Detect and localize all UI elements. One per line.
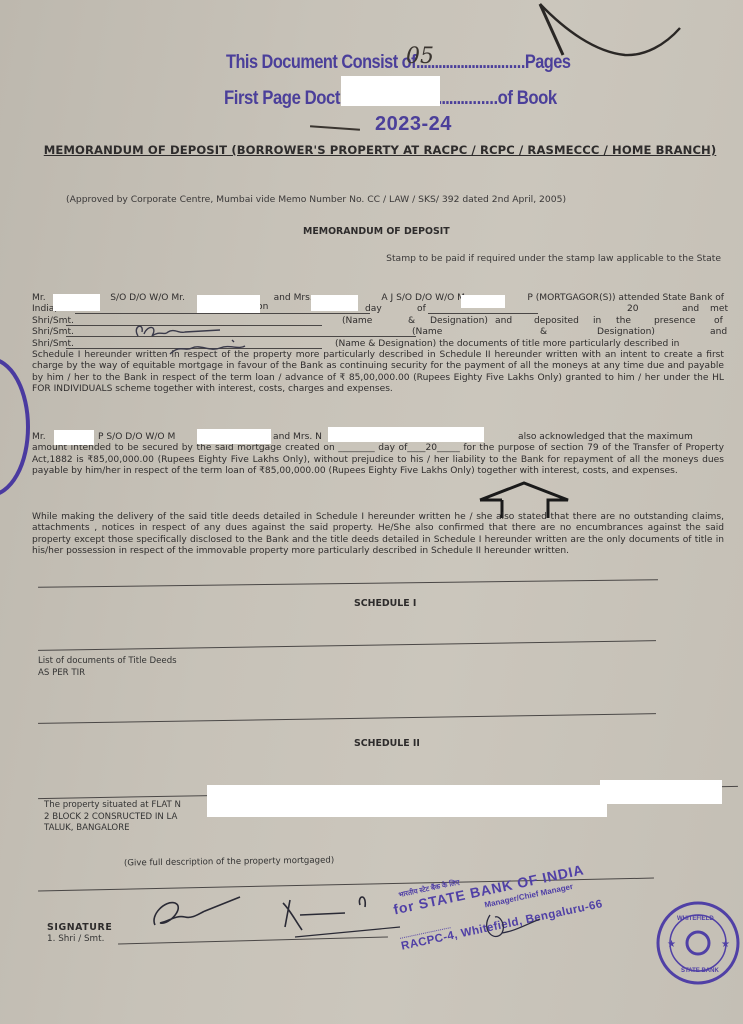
redaction-name: [311, 295, 358, 311]
p2-text: and Mrs. N: [273, 432, 322, 443]
p1-text: and: [682, 304, 699, 315]
divider: [38, 713, 656, 724]
p1-line1: Mr. S/O D/O W/O Mr. and Mrs. A J S/O D/O…: [32, 293, 724, 304]
stamp-pages-suffix: ......Pages: [501, 52, 571, 73]
p1-text: Mr.: [32, 293, 46, 304]
p1-text: 20: [627, 304, 639, 315]
p2-text: P S/O D/O W/O M: [98, 432, 175, 443]
p1-text: S/O D/O W/O Mr.: [110, 293, 185, 304]
p1-text: day: [365, 304, 382, 315]
memorandum-subheading: MEMORANDUM OF DEPOSIT: [303, 226, 450, 237]
redaction-name: [197, 429, 271, 444]
p1-text: and: [710, 327, 727, 338]
redaction-address: [600, 780, 722, 804]
signature-line-1: 1. Shri / Smt.: [47, 934, 104, 945]
p1-text: Designation): [597, 327, 655, 338]
schedule-1-heading: SCHEDULE I: [354, 598, 416, 609]
p1-text: (Name & Designation) the documents of ti…: [335, 339, 679, 350]
blank-line: [428, 313, 538, 314]
redaction-address: [207, 785, 607, 817]
stamp-pages-prefix: This Document Consist of: [226, 52, 416, 73]
p2-body: amount intended to be secured by the sai…: [32, 443, 724, 477]
p1-text: and: [495, 316, 512, 327]
stamp-year: 2023-24: [375, 113, 452, 136]
redaction-name: [53, 294, 100, 311]
schedule-2-description: The property situated at FLAT N 2 BLOCK …: [44, 800, 181, 835]
witness-handwriting: [130, 318, 270, 358]
p1-text: deposited: [534, 316, 579, 327]
blank-line: [75, 313, 305, 314]
p1-text: and Mrs.: [274, 293, 313, 304]
p1-text: P (MORTGAGOR(S)) attended State Bank of: [527, 293, 724, 304]
property-line-2: 2 BLOCK 2 CONSRUCTED IN LA: [44, 812, 181, 824]
svg-text:★: ★: [721, 939, 730, 950]
document-title: MEMORANDUM OF DEPOSIT (BORROWER'S PROPER…: [40, 142, 720, 158]
property-line-1: The property situated at FLAT N: [44, 800, 181, 812]
handwritten-dash: [310, 125, 360, 130]
p1-text: (Name: [412, 327, 442, 338]
divider: [38, 640, 656, 651]
p1-text: A J S/O D/O W/O Mr: [381, 293, 468, 304]
stamp-duty-note: Stamp to be paid if required under the s…: [386, 253, 721, 264]
stamp-doc-suffix: ........of Book: [464, 88, 557, 109]
p1-text: of: [714, 316, 723, 327]
p1-text: Designation): [430, 316, 488, 327]
p1-text: of: [417, 304, 426, 315]
svg-text:STATE BANK: STATE BANK: [681, 968, 719, 974]
svg-text:WHITEFIELD: WHITEFIELD: [677, 916, 714, 922]
redaction-doc-number: [341, 76, 440, 106]
p2-text: also acknowledged that the maximum: [518, 432, 693, 443]
p1-text: met: [710, 304, 728, 315]
signature-label: SIGNATURE: [47, 922, 112, 933]
redaction-name: [197, 295, 260, 313]
property-line-3: TALUK, BANGALORE: [44, 823, 181, 835]
p1-text: the: [616, 316, 631, 327]
p1-text: &: [540, 327, 547, 338]
approval-note: (Approved by Corporate Centre, Mumbai vi…: [66, 194, 566, 205]
handwritten-page-count: 05: [406, 44, 434, 69]
schedule-1-label: List of documents of Title Deeds: [38, 656, 177, 667]
redaction-name: [54, 430, 94, 445]
stamp-pages-line: This Document Consist of................…: [226, 52, 570, 74]
schedule-2-heading: SCHEDULE II: [354, 738, 420, 749]
paragraph-3: While making the delivery of the said ti…: [32, 512, 724, 558]
p1-text: presence: [654, 316, 696, 327]
p1-text: in: [593, 316, 601, 327]
left-edge-seal: ಬಂತದ: [0, 355, 32, 500]
p1-text: (Name: [342, 316, 372, 327]
round-bank-seal: ★ ★ STATE BANK WHITEFIELD: [655, 900, 741, 986]
blank-line: [300, 313, 370, 314]
divider: [38, 579, 658, 588]
svg-text:★: ★: [667, 939, 676, 950]
p1-text: &: [408, 316, 415, 327]
redaction-name: [328, 427, 484, 442]
borrower-signatures: [145, 885, 405, 945]
schedule-2-instruction: (Give full description of the property m…: [124, 856, 334, 870]
officer-signature: [470, 905, 550, 945]
p1-line2: India, on day of 20 and met: [32, 304, 724, 315]
schedule-1-value: AS PER TIR: [38, 668, 85, 679]
p2-text: Mr.: [32, 432, 46, 443]
redaction-name: [461, 295, 505, 308]
